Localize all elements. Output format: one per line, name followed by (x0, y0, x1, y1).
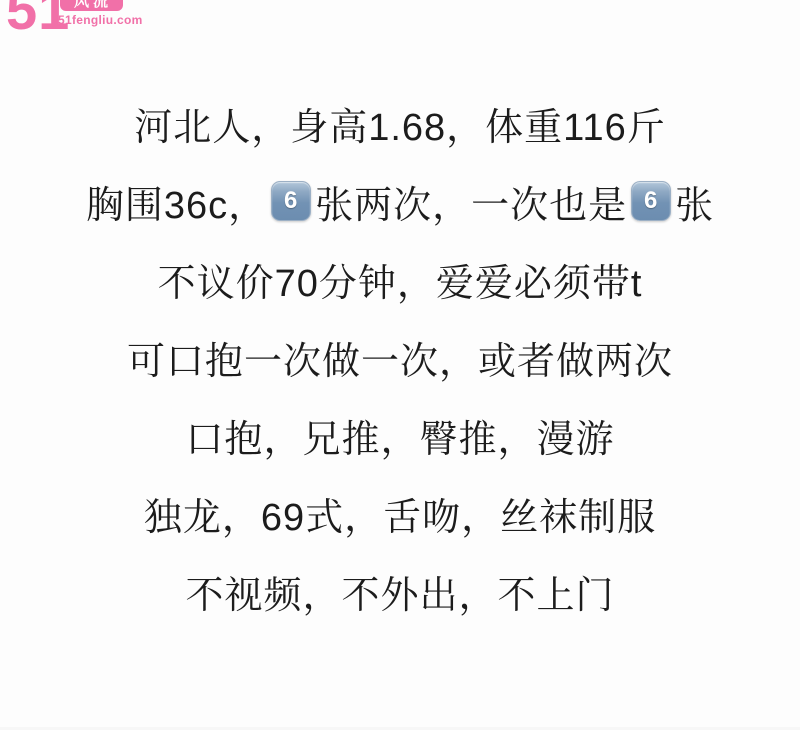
line2-text-part1: 胸围36c， (86, 174, 267, 229)
text-line-3: 不议价70分钟，爱爱必须带t (0, 240, 800, 318)
line2-text-part3: 张 (675, 174, 714, 229)
line3-text: 不议价70分钟，爱爱必须带t (158, 252, 643, 307)
logo-badge: 风流 (60, 0, 123, 11)
text-line-4: 可口抱一次做一次，或者做两次 (0, 318, 800, 396)
line7-text: 不视频，不外出，不上门 (185, 564, 614, 619)
line2-text-part2: 张两次，一次也是 (315, 174, 627, 229)
line1-text: 河北人，身高1.68，体重116斤 (134, 96, 666, 151)
line4-text: 可口抱一次做一次，或者做两次 (127, 330, 673, 385)
line5-text: 口抱，兄推，臀推，漫游 (185, 408, 614, 463)
page: 51 风流 51fengliu.com 河北人，身高1.68，体重116斤 胸围… (0, 0, 800, 730)
text-line-5: 口抱，兄推，臀推，漫游 (0, 396, 800, 474)
keycap-6-icon: 6 (631, 181, 671, 221)
line6-text: 独龙，69式，舌吻，丝袜制服 (144, 486, 656, 541)
text-line-1: 河北人，身高1.68，体重116斤 (0, 84, 800, 162)
ad-text-block: 河北人，身高1.68，体重116斤 胸围36c， 6 张两次，一次也是 6 张 … (0, 84, 800, 630)
text-line-6: 独龙，69式，舌吻，丝袜制服 (0, 474, 800, 552)
logo-domain-text: 51fengliu.com (58, 13, 143, 27)
text-line-2: 胸围36c， 6 张两次，一次也是 6 张 (0, 162, 800, 240)
site-logo: 51 风流 51fengliu.com (0, 0, 160, 40)
keycap-6-icon: 6 (271, 181, 311, 221)
text-line-7: 不视频，不外出，不上门 (0, 552, 800, 630)
